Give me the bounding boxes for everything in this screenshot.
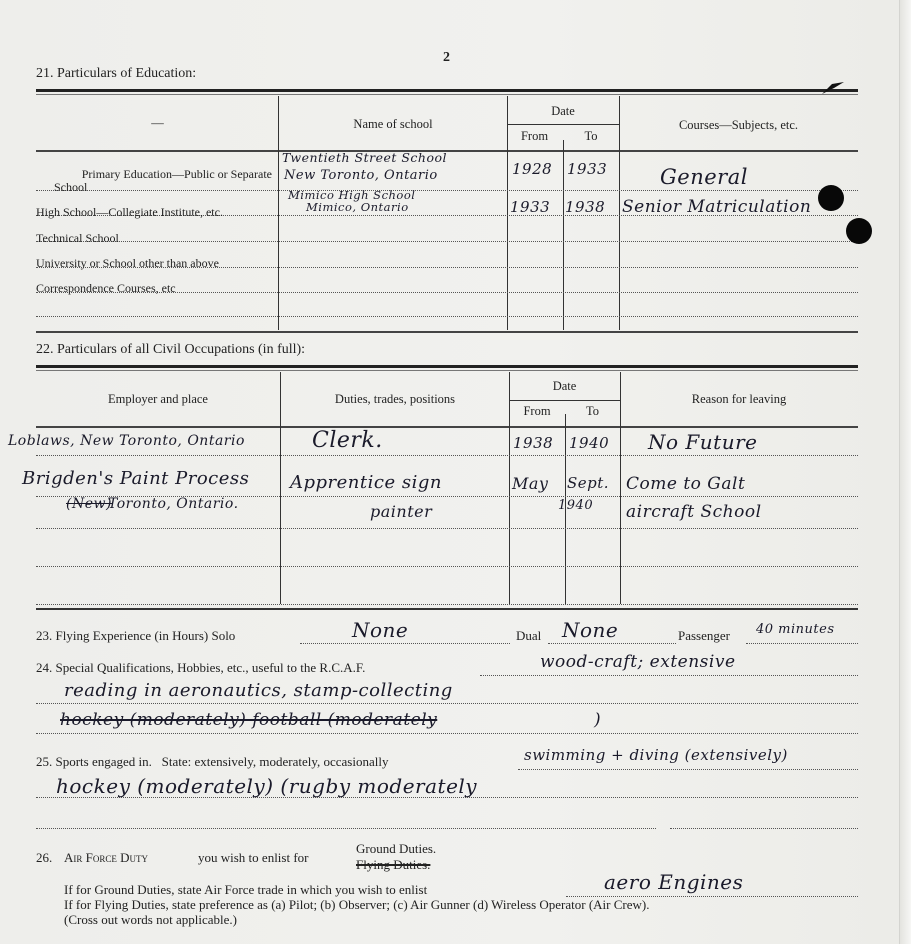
solo-line	[300, 643, 510, 644]
option-ground-duties[interactable]: Ground Duties.	[356, 841, 436, 857]
occ-duties-2[interactable]: Apprentice sign	[290, 472, 442, 493]
edu-row-line	[36, 190, 858, 191]
edu-to-high[interactable]: 1938	[565, 198, 605, 216]
ink-blot	[846, 218, 872, 244]
passenger-label: Passenger	[678, 628, 730, 644]
edu-from-primary[interactable]: 1928	[512, 160, 552, 178]
occ-header-reason: Reason for leaving	[620, 392, 858, 407]
sports-label: 25. Sports engaged in. State: extensivel…	[36, 754, 388, 770]
edu-school-primary-1[interactable]: Twentieth Street School	[282, 150, 447, 165]
ink-blot	[818, 185, 844, 211]
flying-passenger-value[interactable]: 40 minutes	[756, 622, 835, 637]
edu-to-primary[interactable]: 1933	[567, 160, 607, 178]
section-21-title: 21. Particulars of Education:	[36, 66, 196, 82]
special-qualifications-struck[interactable]: hockey (moderately) football (moderately	[60, 710, 437, 730]
edu-header-blank: —	[36, 116, 279, 131]
passenger-line	[746, 643, 858, 644]
flying-dual-value[interactable]: None	[562, 618, 618, 642]
edu-header-to: To	[563, 129, 619, 144]
section-22-top-rule-2	[36, 370, 858, 371]
edu-col-line-1	[278, 96, 279, 330]
section-22-title: 22. Particulars of all Civil Occupations…	[36, 342, 305, 358]
edu-label-correspondence: Correspondence Courses, etc	[36, 281, 176, 296]
option-flying-duties-struck[interactable]: Flying Duties.	[356, 857, 430, 873]
occ-col-line-1	[280, 372, 281, 604]
edu-header-date: Date	[507, 104, 619, 119]
occ-row-line	[36, 528, 858, 529]
ground-trade-value[interactable]: aero Engines	[604, 870, 743, 894]
section-22-top-rule	[36, 365, 858, 368]
cross-out-note: (Cross out words not applicable.)	[64, 912, 237, 928]
occ-from-1[interactable]: 1938	[513, 434, 553, 452]
special-qualifications-line-1[interactable]: wood-craft; extensive	[540, 652, 736, 672]
air-force-duty-label: Air Force Duty	[64, 850, 148, 866]
ground-trade-label: If for Ground Duties, state Air Force tr…	[64, 882, 427, 898]
dual-line	[548, 643, 676, 644]
edu-school-primary-2[interactable]: New Toronto, Ontario	[284, 168, 438, 183]
section-21-top-rule	[36, 89, 858, 92]
occ-header-date: Date	[509, 379, 620, 394]
flying-solo-value[interactable]: None	[352, 618, 408, 642]
qual-line-1	[480, 675, 858, 676]
occ-duties-1[interactable]: Clerk.	[312, 428, 383, 453]
page-number: 2	[443, 50, 450, 66]
page-edge	[899, 0, 911, 944]
dual-label: Dual	[516, 628, 541, 644]
occ-header-from: From	[509, 404, 565, 419]
edu-courses-high[interactable]: Senior Matriculation	[622, 197, 811, 217]
occ-to-1[interactable]: 1940	[569, 434, 609, 452]
flying-preference-text: If for Flying Duties, state preference a…	[64, 897, 649, 913]
edu-header-name-of-school: Name of school	[279, 117, 507, 132]
occ-col-line-4	[620, 372, 621, 604]
occ-to-2-year[interactable]: 1940	[558, 498, 593, 513]
occ-date-divider	[509, 400, 620, 401]
occ-duties-2b[interactable]: painter	[370, 502, 432, 521]
air-force-duty-number: 26.	[36, 850, 52, 866]
sports-line-1-value[interactable]: swimming + diving (extensively)	[524, 746, 788, 764]
edu-date-divider	[507, 124, 619, 125]
special-qualifications-line-2[interactable]: reading in aeronautics, stamp-collecting	[64, 680, 453, 701]
edu-school-high-2[interactable]: Mimico, Ontario	[306, 200, 409, 214]
qual-line-2	[36, 703, 858, 704]
occ-col-line-2	[509, 372, 510, 604]
sports-line-1	[518, 769, 858, 770]
edu-from-high[interactable]: 1933	[510, 198, 550, 216]
edu-header-courses: Courses—Subjects, etc.	[619, 118, 858, 133]
edu-col-line-2	[507, 96, 508, 330]
flying-experience-label: 23. Flying Experience (in Hours) Solo	[36, 628, 235, 644]
occ-header-rule	[36, 426, 858, 428]
occ-reason-1[interactable]: No Future	[648, 430, 757, 454]
section-22-bottom-rule	[36, 608, 858, 610]
sports-line-3	[36, 828, 656, 829]
sports-line-2-value[interactable]: hockey (moderately) (rugby moderately	[56, 774, 477, 798]
occ-header-duties: Duties, trades, positions	[281, 392, 509, 407]
edu-row-line	[36, 241, 858, 242]
occ-reason-2b[interactable]: aircraft School	[626, 502, 762, 522]
edu-courses-primary[interactable]: General	[660, 165, 748, 189]
occ-row-line	[36, 604, 858, 605]
occ-employer-2-struck[interactable]: (New)	[66, 496, 112, 512]
occ-employer-1[interactable]: Loblaws, New Toronto, Ontario	[8, 433, 245, 449]
special-qualifications-label: 24. Special Qualifications, Hobbies, etc…	[36, 660, 365, 676]
edu-col-line-3	[563, 140, 564, 330]
sports-line-3b	[670, 828, 858, 829]
edu-label-primary-school: School	[54, 180, 87, 195]
special-qualifications-tail: )	[594, 710, 601, 730]
edu-label-high-school: High School—Collegiate Institute, etc.	[36, 205, 223, 220]
occ-reason-2[interactable]: Come to Galt	[626, 474, 745, 494]
section-21-bottom-rule	[36, 331, 858, 333]
occ-row-line	[36, 455, 858, 456]
edu-label-university: University or School other than above	[36, 256, 219, 271]
occ-employer-2[interactable]: Brigden's Paint Process	[22, 468, 249, 489]
edu-row-line	[36, 316, 858, 317]
occ-header-to: To	[565, 404, 620, 419]
occ-from-2[interactable]: May	[512, 474, 548, 493]
tick-mark-icon	[820, 78, 850, 96]
air-force-duty-label-rest: you wish to enlist for	[198, 850, 309, 866]
edu-col-line-4	[619, 96, 620, 330]
qual-line-3	[36, 733, 858, 734]
edu-label-technical: Technical School	[36, 231, 119, 246]
occ-employer-2-place[interactable]: Toronto, Ontario.	[108, 496, 239, 512]
occ-to-2[interactable]: Sept.	[567, 474, 609, 492]
edu-header-from: From	[507, 129, 562, 144]
section-21-top-rule-2	[36, 94, 858, 95]
occ-row-line	[36, 566, 858, 567]
occ-header-employer: Employer and place	[36, 392, 280, 407]
